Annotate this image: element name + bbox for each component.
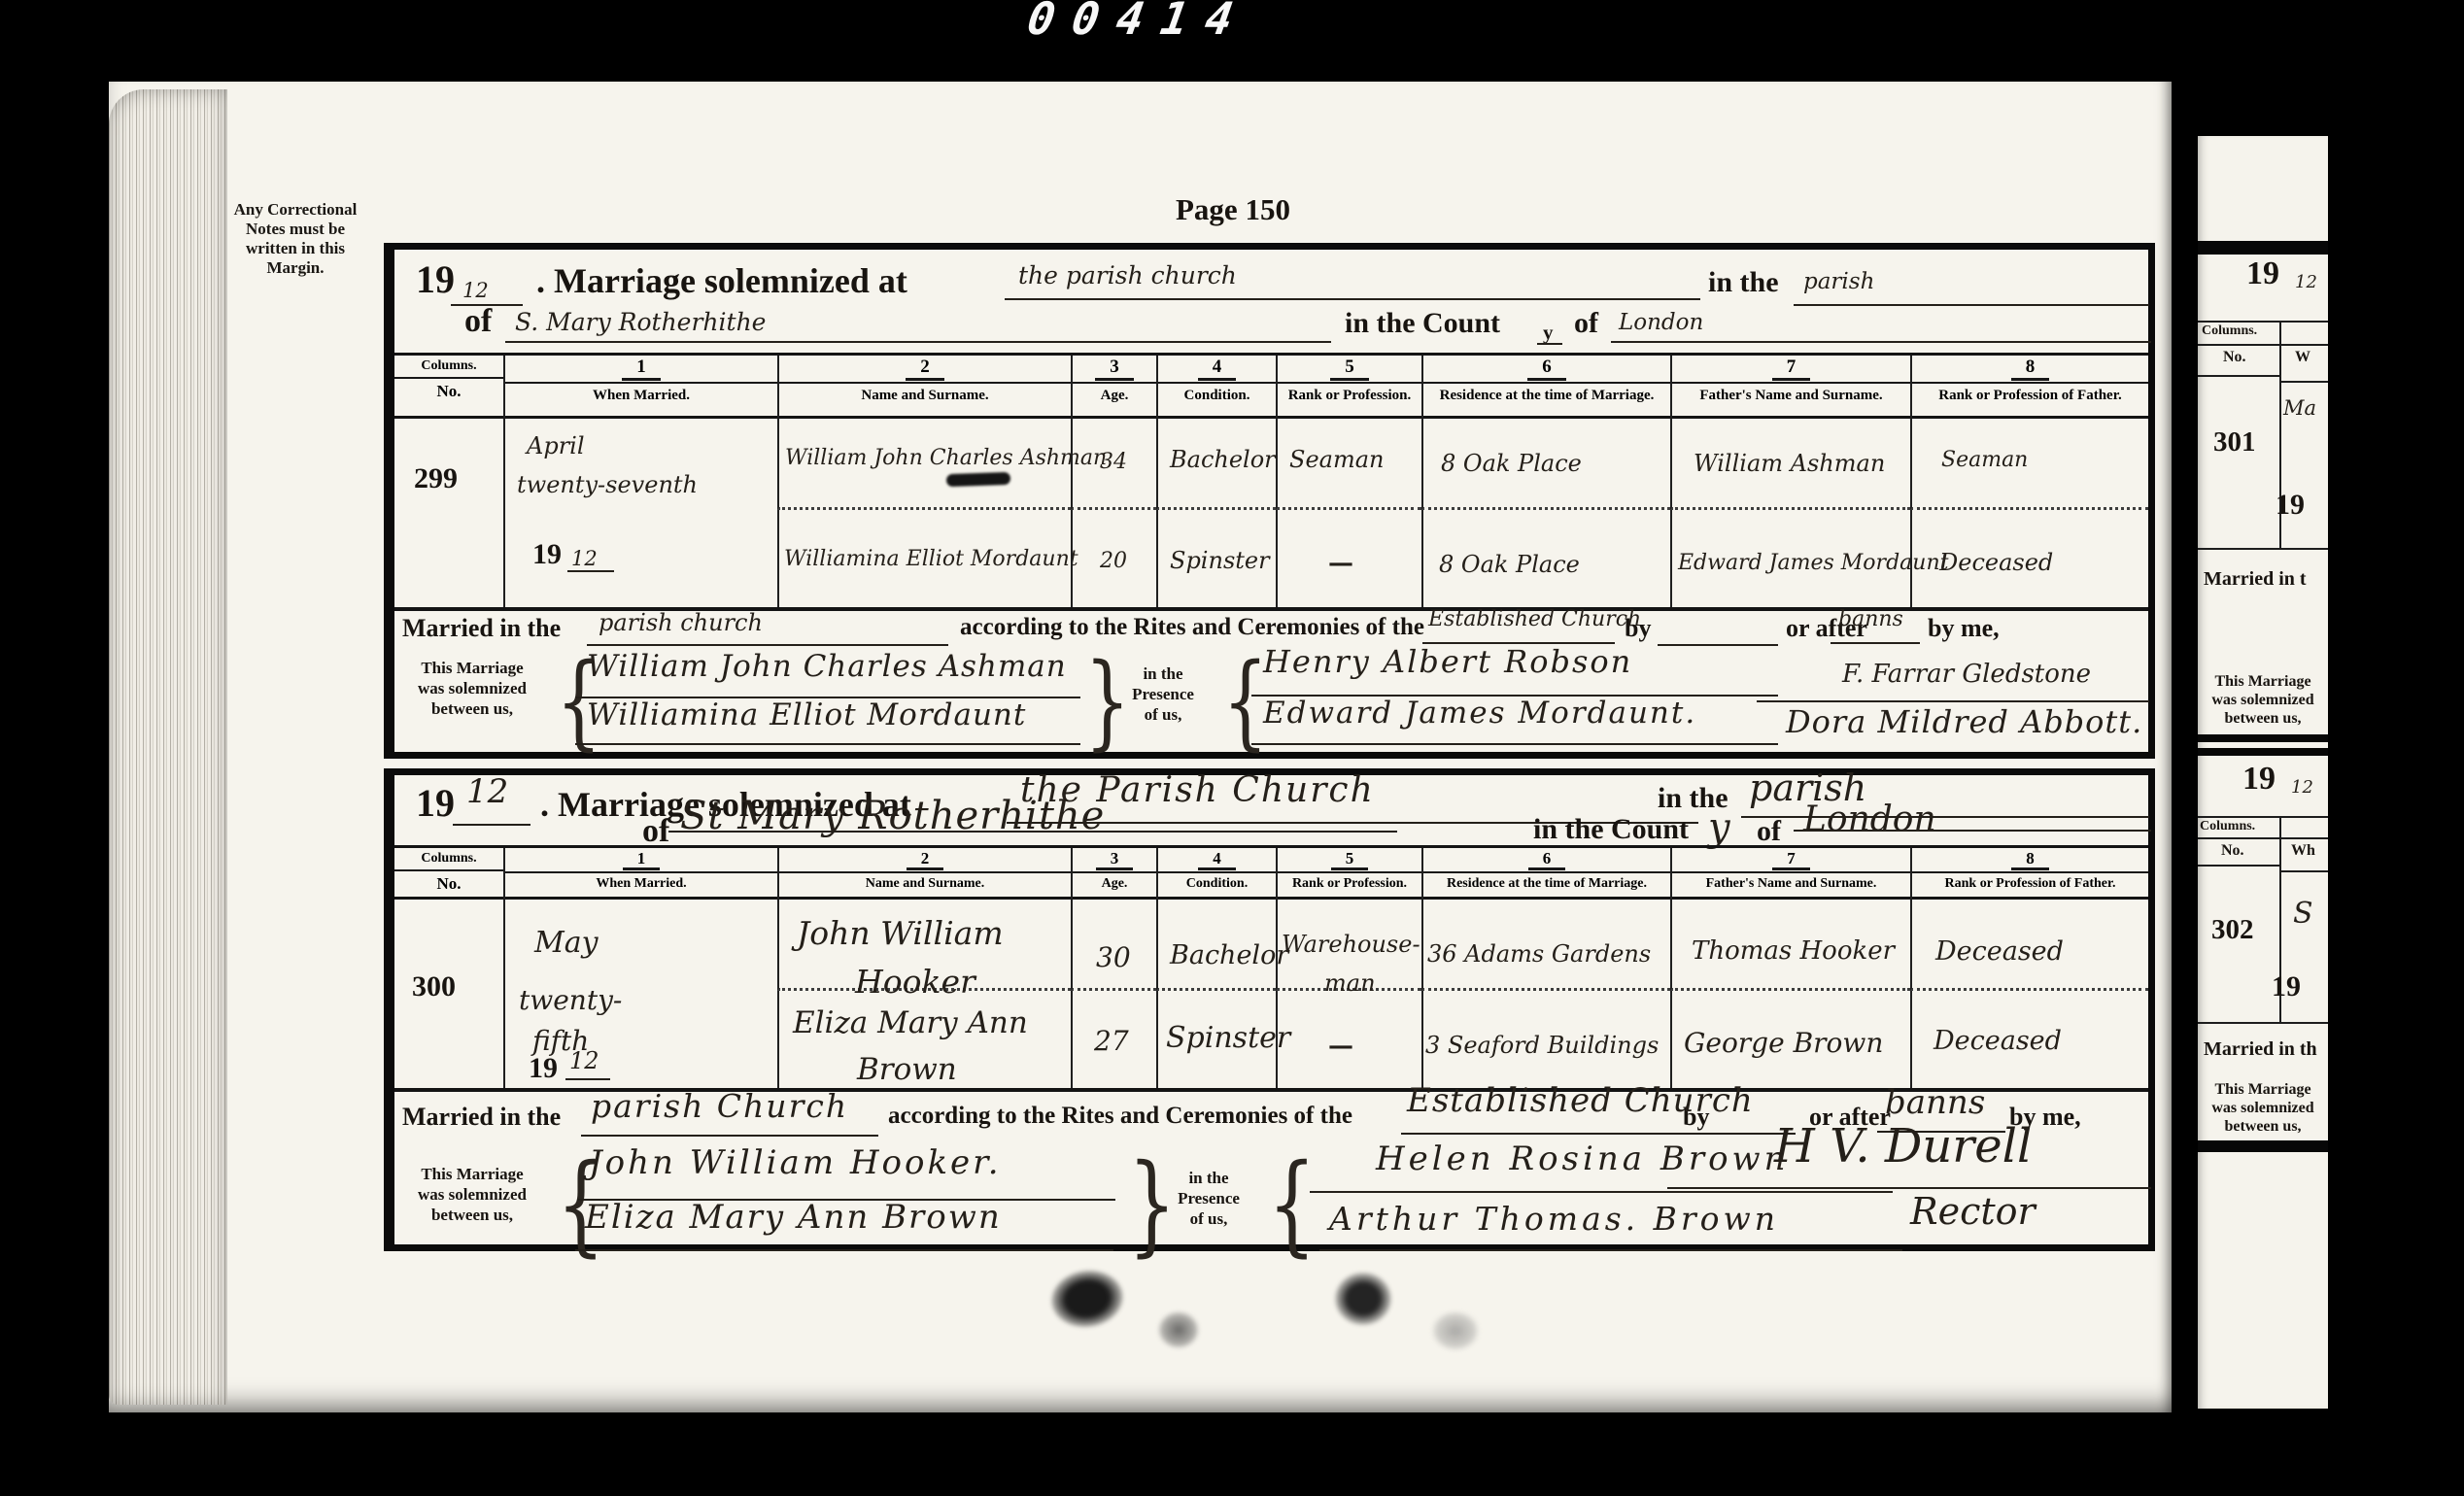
left-brace: { (1268, 1150, 1317, 1259)
groom-condition: Bachelor (1170, 942, 1288, 969)
bride-father-rank: Deceased (1934, 1028, 2062, 1054)
rule (2279, 870, 2328, 872)
groom-name: William John Charles Ashman (785, 448, 1107, 469)
groom-age-cell: 34 (1071, 413, 1156, 510)
bride-name-line2: Brown (857, 1055, 957, 1085)
groom-condition-cell: Bachelor (1156, 413, 1276, 510)
col-condition: 4Condition. (1156, 356, 1276, 416)
rule (2198, 837, 2328, 839)
blank-line (505, 341, 1331, 343)
blank-line (453, 824, 530, 826)
married-in-partial: Married in th (2204, 1039, 2317, 1060)
col-residence: 6Residence at the time of Marriage. (1421, 356, 1670, 416)
witness1-signature: Henry Albert Robson (1263, 646, 1632, 677)
parish-name-handwritten: S. Mary Rotherhithe (515, 310, 766, 334)
blank-line (1658, 644, 1778, 646)
according-label: according to the Rites and Ceremonies of… (888, 1104, 1352, 1129)
bride-name-cell: Williamina Elliot Mordaunt (777, 510, 1071, 607)
no-label: No. (2223, 350, 2246, 366)
of-label: of (642, 814, 669, 849)
bride-father-cell: George Brown (1670, 991, 1910, 1088)
groom-father-rank: Deceased (1935, 938, 2064, 965)
register-page: Any Correctional Notes must be written i… (109, 82, 2172, 1412)
col-when-married: 1When Married. (503, 356, 777, 416)
year-printed: 19 (416, 783, 455, 824)
record-number-cell: 299 (394, 413, 503, 607)
blank-line (668, 831, 1397, 833)
page-number: Page 150 (1176, 194, 1290, 226)
record-number: 302 (2211, 915, 2254, 944)
year-handwritten: 12 (466, 775, 508, 808)
ink-blot (1047, 1266, 1126, 1332)
year-printed: 19 (2246, 256, 2279, 291)
this-marriage-label: This Marriage was solemnized between us, (398, 1164, 546, 1225)
margin-line: Margin. (218, 258, 373, 278)
margin-line: Any Correctional (218, 200, 373, 220)
year-printed: 19 (2242, 762, 2276, 797)
ink-blot (1335, 1273, 1391, 1325)
columns-label: Columns. (2200, 820, 2255, 834)
bride-father-rank: Deceased (1939, 551, 2053, 574)
col-rank: 5Rank or Profession. (1276, 848, 1421, 897)
groom-father-cell: Thomas Hooker (1670, 894, 1910, 991)
record-number: 300 (412, 971, 456, 1003)
groom-residence: 8 Oak Place (1441, 452, 1582, 475)
when-married-cell: April twenty-seventh 19 12 (503, 413, 777, 607)
officiant-title: Rector (1910, 1193, 2036, 1230)
county-handwritten: London (1619, 312, 1703, 334)
marriage-year-hand: 12 (569, 1049, 599, 1072)
no-label: No. (394, 379, 503, 400)
bride-name: Williamina Elliot Mordaunt (784, 549, 1078, 570)
col-name-surname: 2Name and Surname. (777, 356, 1071, 416)
blank-line (1537, 343, 1562, 345)
bride-age: 27 (1094, 1028, 1129, 1055)
column-header-row: Columns. No. 1When Married. 2Name and Su… (394, 353, 2148, 419)
bride-rank: — (1328, 551, 1353, 576)
bride-rank-cell: — (1276, 991, 1421, 1088)
margin-line: Notes must be (218, 220, 373, 239)
presence-label: in the Presence of us, (1164, 1168, 1253, 1229)
by-me-label: by me, (1928, 615, 2000, 641)
groom-condition: Bachelor (1170, 448, 1276, 471)
year-printed: 19 (416, 259, 455, 300)
groom-age: 34 (1100, 452, 1127, 473)
rule (2198, 1022, 2328, 1024)
married-in-label: Married in the (402, 615, 561, 641)
groom-residence-cell: 8 Oak Place (1421, 413, 1670, 510)
rule (2198, 321, 2328, 323)
column-header-row: Columns. No. 1When Married. 2Name and Su… (394, 845, 2148, 900)
rule (2198, 865, 2279, 867)
of-label: of (1574, 308, 1598, 339)
groom-rank-cell: Warehouse- man (1276, 894, 1421, 991)
groom-signature: William John Charles Ashman (587, 652, 1067, 682)
attestation-block: Married in the parish church according t… (394, 607, 2148, 765)
signature-line (1319, 1249, 1902, 1251)
blank-line (581, 1135, 878, 1137)
bride-residence: 3 Seaford Buildings (1425, 1034, 1659, 1057)
of-label: of (1757, 816, 1781, 847)
bride-residence-cell: 8 Oak Place (1421, 510, 1670, 607)
blank-line (587, 644, 948, 646)
banns-handwritten: banns (1885, 1086, 1985, 1119)
witness2-signature: Arthur Thomas. Brown (1329, 1203, 1779, 1235)
groom-name-line1: John William (797, 917, 1004, 949)
county-label: in the Count (1345, 308, 1500, 339)
witness2-signature: Edward James Mordaunt. (1263, 698, 1696, 729)
bride-father: Edward James Mordaunt (1678, 553, 1948, 574)
year-printed: 19 (2272, 971, 2301, 1003)
groom-name-cell: John William Hooker (777, 894, 1071, 991)
this-marriage-label: This Marriage was solemnized between us, (2204, 1080, 2322, 1136)
blank-line (1831, 642, 1920, 644)
ink-blot (1432, 1311, 1479, 1350)
witness3-signature: Dora Mildred Abbott. (1786, 706, 2142, 737)
signature-line (1310, 1191, 1893, 1193)
year-printed: 19 (2276, 490, 2305, 521)
groom-father: Thomas Hooker (1692, 938, 1895, 964)
by-label: by (1625, 615, 1651, 641)
when-married-cell: May twenty- fifth 19 12 (503, 894, 777, 1088)
bride-rank: — (1328, 1034, 1353, 1059)
groom-rank: Seaman (1289, 448, 1384, 471)
marriage-day: twenty-seventh (517, 473, 698, 496)
bride-father-cell: Edward James Mordaunt (1670, 510, 1910, 607)
col-name-surname: 2Name and Surname. (777, 848, 1071, 897)
marriage-day1: twenty- (519, 987, 622, 1014)
officiant-signature: F. Farrar Gledstone (1842, 662, 2091, 687)
blank-line (565, 1078, 610, 1080)
record-number: 301 (2213, 427, 2256, 457)
record-number-cell: 300 (394, 894, 503, 1088)
col-father-rank: 8Rank or Profession of Father. (1910, 848, 2148, 897)
ink-smudge (946, 472, 1010, 487)
married-in-partial: Married in t (2204, 569, 2307, 590)
scanned-marriage-register: 00414 Any Correctional Notes must be wri… (0, 0, 2464, 1496)
when-married-partial: Wh (2291, 843, 2315, 860)
marriage-year-printed: 19 (532, 539, 562, 570)
bride-condition: Spinster (1170, 549, 1270, 572)
county-label: in the Count (1533, 814, 1689, 845)
bride-age-cell: 20 (1071, 510, 1156, 607)
bride-rank-cell: — (1276, 510, 1421, 607)
form-border (2198, 241, 2328, 255)
columns-label: Columns. (394, 356, 503, 379)
blank-line (1611, 341, 2151, 343)
bride-condition-cell: Spinster (1156, 510, 1276, 607)
marriage-year-hand: 12 (571, 549, 598, 569)
bride-condition-cell: Spinster (1156, 991, 1276, 1088)
bride-father: George Brown (1684, 1030, 1883, 1057)
blank-line (1794, 304, 2149, 306)
marriage-month: April (527, 434, 585, 458)
bride-residence: 8 Oak Place (1439, 553, 1580, 576)
groom-father-rank-cell: Seaman (1910, 413, 2148, 510)
year-handwritten: 12 (2291, 779, 2313, 797)
bride-age-cell: 27 (1071, 991, 1156, 1088)
left-brace: { (1222, 650, 1268, 753)
groom-rank-cell: Seaman (1276, 413, 1421, 510)
county-y-handwritten: y (1708, 808, 1730, 847)
parish-name-handwritten: St Mary Rotherhithe (680, 797, 1105, 835)
bride-signature: Williamina Elliot Mordaunt (587, 700, 1026, 731)
in-the-label: in the (1708, 267, 1779, 298)
marriage-year-printed: 19 (529, 1053, 558, 1084)
col-father-rank: 8Rank or Profession of Father. (1910, 356, 2148, 416)
microfilm-frame-counter: 00414 (1024, 0, 1254, 45)
groom-name-cell: William John Charles Ashman (777, 413, 1071, 510)
bride-name-line1: Eliza Mary Ann (793, 1008, 1028, 1038)
groom-signature: John William Hooker. (589, 1146, 1002, 1179)
married-in-handwritten: parish church (599, 611, 763, 634)
no-label: No. (394, 871, 503, 893)
groom-age: 30 (1096, 944, 1131, 971)
groom-residence-cell: 36 Adams Gardens (1421, 894, 1670, 991)
handwriting-partial: S (2293, 900, 2313, 929)
groom-residence: 36 Adams Gardens (1427, 942, 1651, 966)
col-rank: 5Rank or Profession. (1276, 356, 1421, 416)
blank-line (1741, 816, 2149, 818)
witness1-signature: Helen Rosina Brown (1376, 1142, 1790, 1175)
groom-condition-cell: Bachelor (1156, 894, 1276, 991)
columns-no-header: Columns. No. (394, 848, 503, 897)
signature-line (1251, 743, 1778, 745)
bride-father-rank-cell: Deceased (1910, 510, 2148, 607)
this-marriage-label: This Marriage was solemnized between us, (398, 658, 546, 719)
record-row-299: 299 April twenty-seventh 19 12 William J… (394, 413, 2148, 611)
rule (2198, 375, 2279, 377)
groom-father-rank: Seaman (1941, 450, 2028, 471)
bride-signature: Eliza Mary Ann Brown (585, 1201, 1002, 1234)
facing-page-partial: 19 12 Columns. No. W Ma 301 19 Married i… (2198, 136, 2328, 1409)
form-border (2198, 1140, 2328, 1152)
form-border (2198, 748, 2328, 756)
officiant-signature: H V. Durell (1774, 1123, 2032, 1170)
columns-label: Columns. (394, 848, 503, 871)
bride-name-cell: Eliza Mary Ann Brown (777, 991, 1071, 1088)
col-father: 7Father's Name and Surname. (1670, 848, 1910, 897)
bride-residence-cell: 3 Seaford Buildings (1421, 991, 1670, 1088)
blank-line (567, 570, 614, 572)
rule (2198, 548, 2328, 550)
church-handwritten: the parish church (1018, 263, 1237, 288)
columns-no-header: Columns. No. (394, 356, 503, 416)
blank-line (1794, 830, 2151, 832)
signature-line (1667, 1187, 2151, 1189)
blank-line (1401, 1133, 1796, 1135)
margin-instruction: Any Correctional Notes must be written i… (218, 200, 373, 278)
bride-age: 20 (1100, 551, 1127, 572)
handwriting-partial: Ma (2283, 398, 2316, 419)
parish-handwritten: parish (1803, 271, 1874, 293)
col-father: 7Father's Name and Surname. (1670, 356, 1910, 416)
signature-line (575, 743, 1080, 745)
signature-line (1757, 700, 2149, 702)
marriage-entry-300: 19 12 . Marriage solemnized at the Paris… (384, 768, 2155, 1251)
col-when-married: 1When Married. (503, 848, 777, 897)
rites-handwritten: Established Church (1407, 1084, 1754, 1117)
year-handwritten: 12 (462, 281, 489, 301)
ink-blot (1158, 1311, 1199, 1348)
col-age: 3Age. (1071, 356, 1156, 416)
when-married-partial: W (2295, 350, 2310, 366)
groom-age-cell: 30 (1071, 894, 1156, 991)
of-label: of (464, 304, 492, 339)
col-residence: 6Residence at the time of Marriage. (1421, 848, 1670, 897)
county-handwritten: London (1803, 802, 1936, 837)
no-label: No. (2221, 843, 2244, 860)
blank-line (1005, 298, 1700, 300)
marriage-entry-299: 19 12 . Marriage solemnized at the paris… (384, 243, 2155, 759)
form-border (2198, 734, 2328, 742)
rule (2198, 816, 2328, 818)
solemnized-label: . Marriage solemnized at (536, 263, 907, 300)
book-page-edges (109, 89, 227, 1405)
margin-line: written in this (218, 239, 373, 258)
bride-father-rank-cell: Deceased (1910, 991, 2148, 1088)
record-row-300: 300 May twenty- fifth 19 12 John William… (394, 894, 2148, 1092)
banns-handwritten: banns (1838, 609, 1903, 630)
year-handwritten: 12 (2295, 274, 2317, 291)
bride-condition: Spinster (1166, 1024, 1290, 1053)
record-number: 299 (414, 463, 458, 494)
columns-label: Columns. (2202, 324, 2257, 339)
county-y-label: y (1543, 322, 1554, 343)
married-in-handwritten: parish Church (591, 1090, 848, 1122)
col-age: 3Age. (1071, 848, 1156, 897)
presence-label: in the Presence of us, (1118, 663, 1208, 725)
col-condition: 4Condition. (1156, 848, 1276, 897)
according-label: according to the Rites and Ceremonies of… (960, 615, 1424, 640)
groom-father: William Ashman (1694, 452, 1885, 475)
marriage-month: May (534, 929, 599, 958)
rule (2279, 381, 2328, 383)
groom-rank-line1: Warehouse- (1282, 933, 1420, 956)
this-marriage-label: This Marriage was solemnized between us, (2204, 672, 2322, 728)
groom-father-rank-cell: Deceased (1910, 894, 2148, 991)
rites-handwritten: Established Church (1428, 609, 1641, 630)
rule (2198, 344, 2328, 346)
married-in-label: Married in the (402, 1104, 561, 1130)
groom-father-cell: William Ashman (1670, 413, 1910, 510)
signature-line (575, 1249, 1113, 1251)
attestation-block: Married in the parish Church according t… (394, 1088, 2148, 1258)
